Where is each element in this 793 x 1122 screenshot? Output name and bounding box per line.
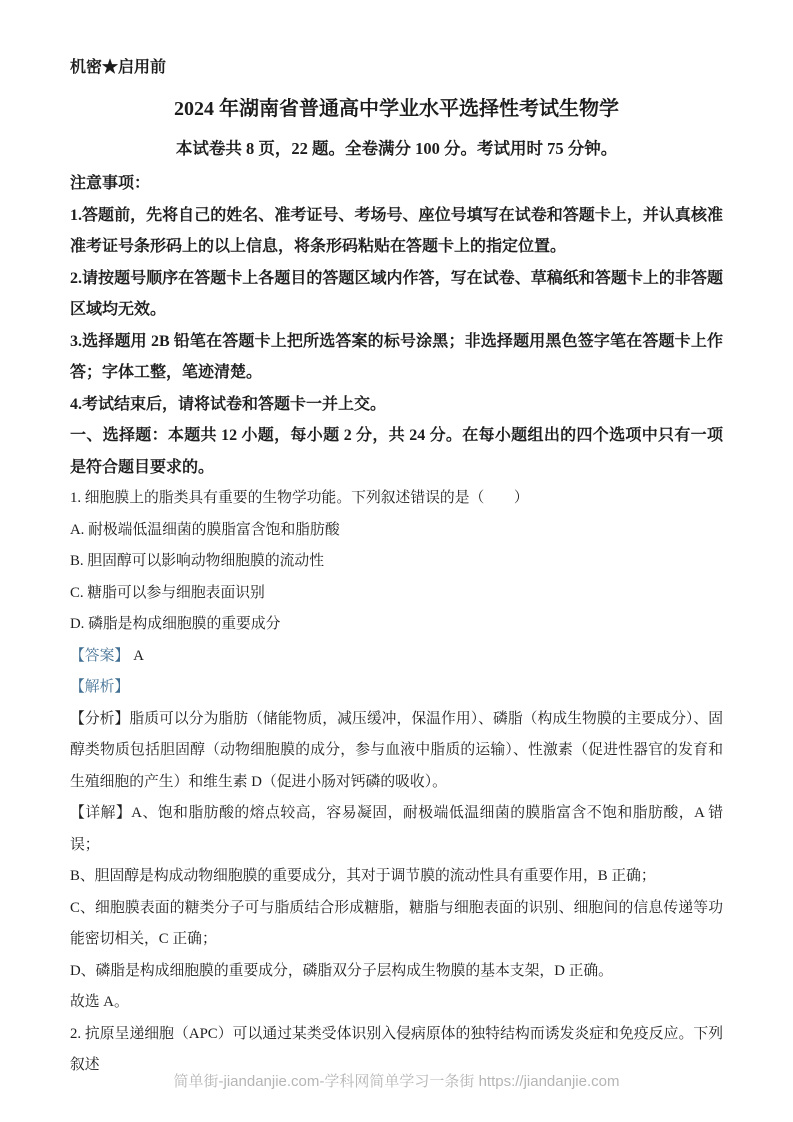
notice-item-3: 3.选择题用 2B 铅笔在答题卡上把所选答案的标号涂黑；非选择题用黑色签字笔在答… (70, 326, 723, 389)
exam-page: 机密★启用前 2024 年湖南省普通高中学业水平选择性考试生物学 本试卷共 8 … (0, 0, 793, 1122)
exam-info-line: 本试卷共 8 页，22 题。全卷满分 100 分。考试用时 75 分钟。 (70, 136, 723, 162)
page-title: 2024 年湖南省普通高中学业水平选择性考试生物学 (70, 94, 723, 124)
notice-item-2: 2.请按题号顺序在答题卡上各题目的答题区域内作答，写在试卷、草稿纸和答题卡上的非… (70, 263, 723, 326)
section-heading: 一、选择题：本题共 12 小题，每小题 2 分，共 24 分。在每小题组出的四个… (70, 420, 723, 483)
conclusion-line: 故选 A。 (70, 987, 723, 1019)
notice-item-1: 1.答题前，先将自己的姓名、准考证号、考场号、座位号填写在试卷和答题卡上，并认真… (70, 200, 723, 263)
detail-paragraph-a: 【详解】A、饱和脂肪酸的熔点较高，容易凝固，耐极端低温细菌的膜脂富含不饱和脂肪酸… (70, 798, 723, 861)
question-1-option-b: B. 胆固醇可以影响动物细胞膜的流动性 (70, 546, 723, 578)
question-1-stem: 1. 细胞膜上的脂类具有重要的生物学功能。下列叙述错误的是（ ） (70, 483, 723, 515)
question-1-option-d: D. 磷脂是构成细胞膜的重要成分 (70, 609, 723, 641)
detail-paragraph-b: B、胆固醇是构成动物细胞膜的重要成分，其对于调节膜的流动性具有重要作用，B 正确… (70, 861, 723, 893)
footer-watermark: 简单街-jiandanjie.com-学科网简单学习一条街 https://ji… (0, 1072, 793, 1092)
analysis-paragraph: 【分析】脂质可以分为脂肪（储能物质，减压缓冲，保温作用）、磷脂（构成生物膜的主要… (70, 704, 723, 799)
answer-line: 【答案】A (70, 641, 723, 673)
analysis-label: 【解析】 (70, 672, 723, 704)
question-1-option-a: A. 耐极端低温细菌的膜脂富含饱和脂肪酸 (70, 515, 723, 547)
question-1-option-c: C. 糖脂可以参与细胞表面识别 (70, 578, 723, 610)
answer-value: A (133, 648, 144, 664)
notice-item-4: 4.考试结束后，请将试卷和答题卡一并上交。 (70, 389, 723, 421)
detail-paragraph-d: D、磷脂是构成细胞膜的重要成分，磷脂双分子层构成生物膜的基本支架，D 正确。 (70, 956, 723, 988)
detail-paragraph-c: C、细胞膜表面的糖类分子可与脂质结合形成糖脂，糖脂与细胞表面的识别、细胞间的信息… (70, 893, 723, 956)
answer-label: 【答案】 (70, 648, 129, 664)
notices-heading: 注意事项： (70, 168, 723, 200)
secret-label: 机密★启用前 (70, 56, 723, 80)
question-1-block: 1. 细胞膜上的脂类具有重要的生物学功能。下列叙述错误的是（ ） A. 耐极端低… (70, 483, 723, 1019)
notices-section: 注意事项： 1.答题前，先将自己的姓名、准考证号、考场号、座位号填写在试卷和答题… (70, 168, 723, 420)
